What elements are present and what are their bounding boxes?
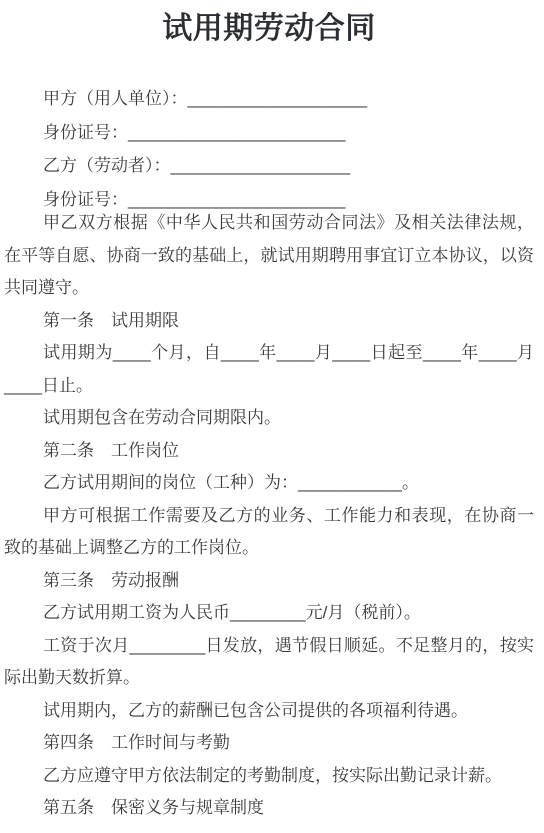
heading-article-2: 第二条 工作岗位 <box>4 435 534 468</box>
field-party-a: 甲方（用人单位）：___________________ <box>4 82 534 116</box>
paragraph-salary-payment: 工资于次月________日发放，遇节假日顺延。不足整月的，按实际出勤天数折算。 <box>4 630 534 695</box>
paragraph-probation-salary: 乙方试用期工资为人民币________元/月（税前）。 <box>4 597 534 630</box>
heading-article-1: 第一条 试用期限 <box>4 305 534 338</box>
heading-article-3: 第三条 劳动报酬 <box>4 565 534 598</box>
field-party-b: 乙方（劳动者）：___________________ <box>4 149 534 183</box>
paragraph-job-position: 乙方试用期间的岗位（工种）为：___________。 <box>4 467 534 500</box>
paragraph-attendance-rules: 乙方应遵守甲方依法制定的考勤制度，按实际出勤记录计薪。 <box>4 760 534 793</box>
heading-article-4: 第四条 工作时间与考勤 <box>4 727 534 760</box>
heading-article-5: 第五条 保密义务与规章制度 <box>4 792 534 825</box>
field-party-a-id-number: 身份证号：_______________________ <box>4 116 534 150</box>
document-title: 试用期劳动合同 <box>4 11 534 47</box>
paragraph-preamble: 甲乙双方根据《中华人民共和国劳动合同法》及相关法律法规，在平等自愿、协商一致的基… <box>4 207 534 305</box>
paragraph-position-adjustment: 甲方可根据工作需要及乙方的业务、工作能力和表现，在协商一致的基础上调整乙方的工作… <box>4 500 534 565</box>
paragraph-probation-duration: 试用期为____个月，自____年____月____日起至____年____月_… <box>4 337 534 402</box>
paragraph-probation-included: 试用期包含在劳动合同期限内。 <box>4 402 534 435</box>
contract-page: { "document": { "title": "试用期劳动合同", "col… <box>0 0 544 833</box>
contract-document: 试用期劳动合同 甲方（用人单位）：___________________ 身份证… <box>4 11 534 825</box>
paragraph-benefits-included: 试用期内，乙方的薪酬已包含公司提供的各项福利待遇。 <box>4 695 534 728</box>
